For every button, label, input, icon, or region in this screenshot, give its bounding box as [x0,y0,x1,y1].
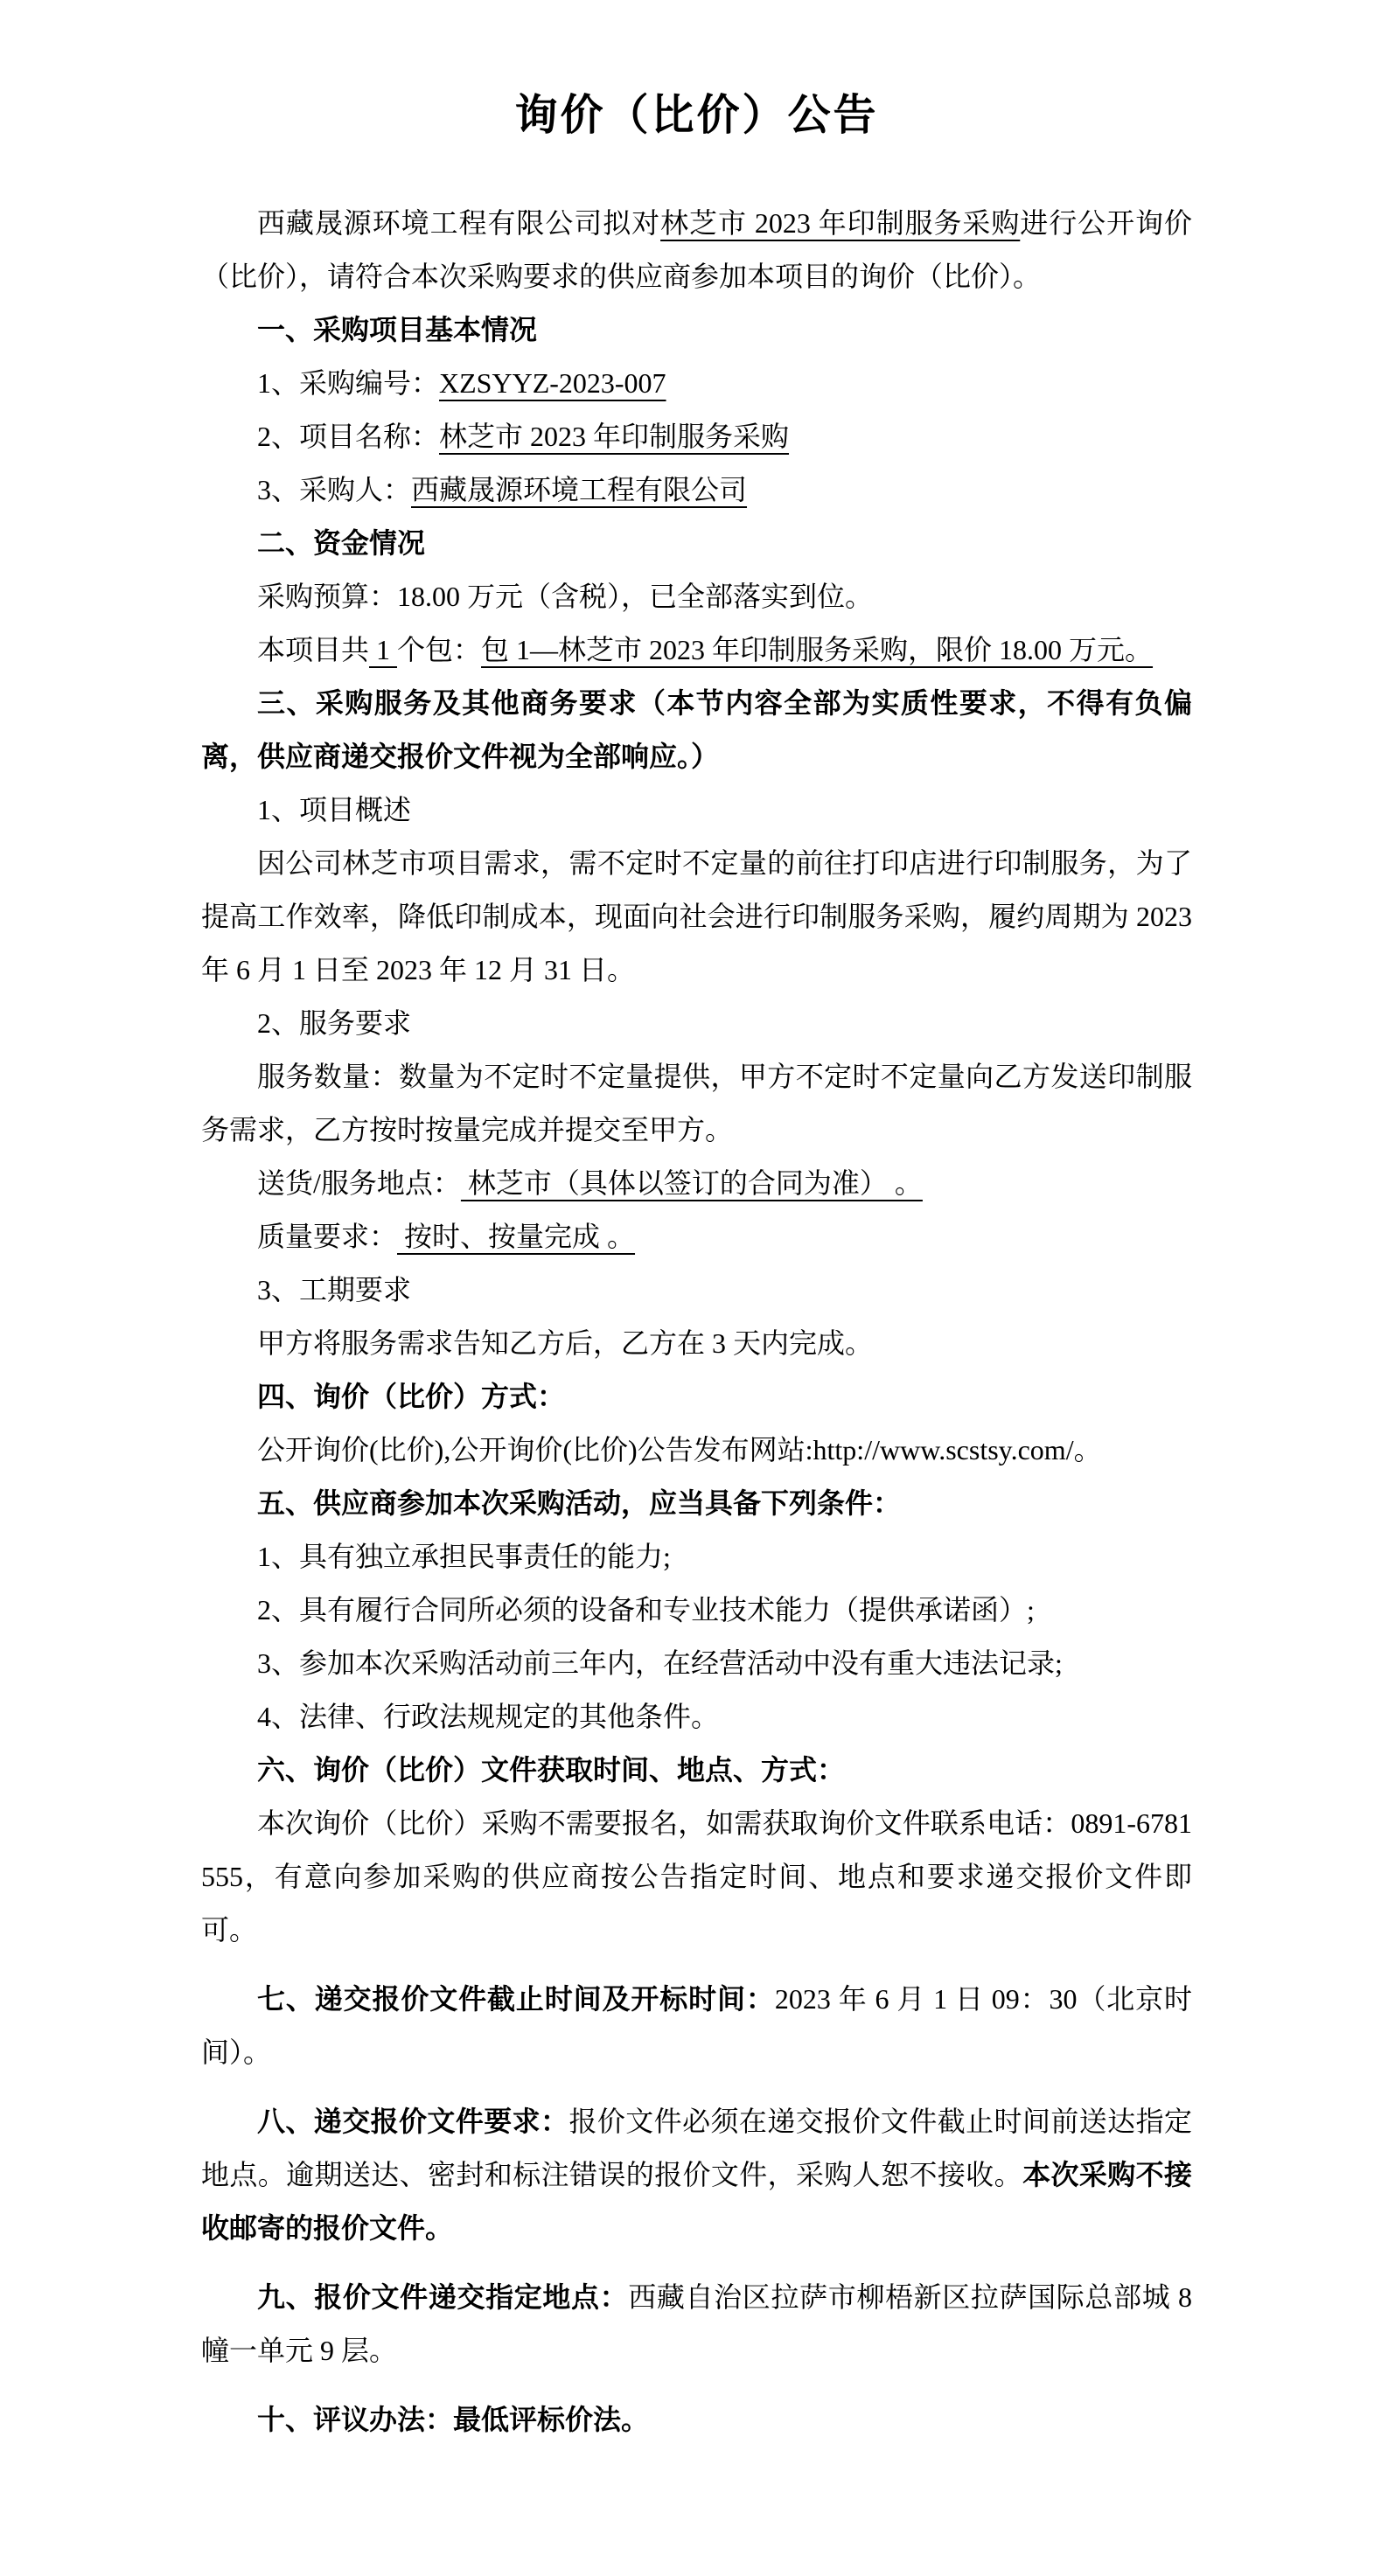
section-6-heading: 六、询价（比价）文件获取时间、地点、方式： [201,1744,1192,1797]
text-run: 个包： [397,634,481,665]
text-run: 七、递交报价文件截止时间及开标时间： [257,1983,775,2015]
text-run: 六、询价（比价）文件获取时间、地点、方式： [257,1754,845,1786]
text-run-underlined: 林芝市 2023 年印制服务采购 [439,421,789,452]
section-2-heading: 二、资金情况 [201,517,1192,570]
text-run: 因公司林芝市项目需求，需不定时不定量的前往打印店进行印制服务，为了提高工作效率，… [201,847,1192,985]
document-acquisition-paragraph: 本次询价（比价）采购不需要报名，如需获取询价文件联系电话：0891-678155… [201,1797,1192,1957]
text-run-underlined: 1 [369,634,397,665]
text-run: 甲方将服务需求告知乙方后，乙方在 3 天内完成。 [257,1327,873,1359]
text-run: 本次询价（比价）采购不需要报名，如需获取询价文件联系电话：0891-678155… [201,1807,1192,1946]
text-run: 十、评议办法：最低评标价法。 [257,2404,649,2435]
text-run-underlined: 林芝市 2023 年印制服务采购 [660,207,1020,239]
text-run: 四、询价（比价）方式： [257,1381,565,1412]
text-run: 1、项目概述 [257,794,411,825]
intro-paragraph: 西藏晟源环境工程有限公司拟对林芝市 2023 年印制服务采购进行公开询价（比价）… [201,197,1192,303]
text-run: 质量要求： [257,1221,397,1252]
section-7-paragraph: 七、递交报价文件截止时间及开标时间：2023 年 6 月 1 日 09：30（北… [201,1973,1192,2079]
supplier-condition-3: 3、参加本次采购活动前三年内，在经营活动中没有重大违法记录; [201,1637,1192,1690]
text-run: 西藏晟源环境工程有限公司拟对 [257,207,660,239]
text-run-underlined: 林芝市（具体以签订的合同为准） 。 [461,1167,923,1199]
text-run: 服务数量：数量为不定时不定量提供，甲方不定时不定量向乙方发送印制服务需求，乙方按… [201,1061,1192,1145]
overview-paragraph: 因公司林芝市项目需求，需不定时不定量的前往打印店进行印制服务，为了提高工作效率，… [201,837,1192,997]
announcement-page: 询价（比价）公告 西藏晟源环境工程有限公司拟对林芝市 2023 年印制服务采购进… [0,0,1388,2576]
budget-paragraph: 采购预算：18.00 万元（含税），已全部落实到位。 [201,570,1192,623]
delivery-location-paragraph: 送货/服务地点： 林芝市（具体以签订的合同为准） 。 [201,1157,1192,1210]
text-run: 1、采购编号： [257,367,439,399]
text-run: 3、工期要求 [257,1274,411,1305]
section-5-heading: 五、供应商参加本次采购活动，应当具备下列条件： [201,1477,1192,1530]
section-3-heading: 三、采购服务及其他商务要求（本节内容全部为实质性要求，不得有负偏离，供应商递交报… [201,677,1192,783]
announcement-body: 西藏晟源环境工程有限公司拟对林芝市 2023 年印制服务采购进行公开询价（比价）… [201,197,1192,2447]
text-run-underlined: 西藏晟源环境工程有限公司 [411,474,747,505]
text-run: 五、供应商参加本次采购活动，应当具备下列条件： [257,1487,901,1519]
item-purchaser: 3、采购人：西藏晟源环境工程有限公司 [201,463,1192,517]
supplier-condition-1: 1、具有独立承担民事责任的能力; [201,1530,1192,1584]
quality-requirement-paragraph: 质量要求： 按时、按量完成 。 [201,1210,1192,1264]
supplier-condition-2: 2、具有履行合同所必须的设备和专业技术能力（提供承诺函）; [201,1584,1192,1637]
text-run: 2、项目名称： [257,421,439,452]
text-run: 1、具有独立承担民事责任的能力; [257,1541,671,1572]
inquiry-method-paragraph: 公开询价(比价),公开询价(比价)公告发布网站:http://www.scsts… [201,1424,1192,1477]
text-run: 2、具有履行合同所必须的设备和专业技术能力（提供承诺函）; [257,1594,1035,1626]
section-4-heading: 四、询价（比价）方式： [201,1370,1192,1424]
text-run-underlined: 按时、按量完成 。 [397,1221,635,1252]
text-run: 2、服务要求 [257,1007,411,1039]
text-run: 八、递交报价文件要求： [257,2106,568,2137]
section-10-paragraph: 十、评议办法：最低评标价法。 [201,2393,1192,2447]
text-run: 公开询价(比价),公开询价(比价)公告发布网站:http://www.scsts… [257,1434,1102,1466]
text-run: 3、参加本次采购活动前三年内，在经营活动中没有重大违法记录; [257,1647,1063,1679]
section-8-paragraph: 八、递交报价文件要求：报价文件必须在递交报价文件截止时间前送达指定地点。逾期送达… [201,2095,1192,2255]
section-1-heading: 一、采购项目基本情况 [201,303,1192,357]
service-quantity-paragraph: 服务数量：数量为不定时不定量提供，甲方不定时不定量向乙方发送印制服务需求，乙方按… [201,1050,1192,1157]
text-run: 二、资金情况 [257,527,425,559]
text-run-underlined: 包 1—林芝市 2023 年印制服务采购，限价 18.00 万元。 [481,634,1153,665]
text-run-underlined: XZSYYZ-2023-007 [439,367,666,399]
text-run: 一、采购项目基本情况 [257,314,537,345]
item-schedule-requirements: 3、工期要求 [201,1264,1192,1317]
item-procurement-number: 1、采购编号：XZSYYZ-2023-007 [201,357,1192,410]
section-9-paragraph: 九、报价文件递交指定地点：西藏自治区拉萨市柳梧新区拉萨国际总部城 8 幢一单元 … [201,2271,1192,2378]
text-run: 送货/服务地点： [257,1167,461,1199]
text-run: 九、报价文件递交指定地点： [257,2281,628,2313]
item-project-overview: 1、项目概述 [201,783,1192,837]
package-paragraph: 本项目共 1 个包：包 1—林芝市 2023 年印制服务采购，限价 18.00 … [201,623,1192,677]
text-run: 三、采购服务及其他商务要求（本节内容全部为实质性要求，不得有负偏离，供应商递交报… [201,687,1192,772]
item-service-requirements: 2、服务要求 [201,997,1192,1050]
text-run: 采购预算：18.00 万元（含税），已全部落实到位。 [257,581,873,612]
item-project-name: 2、项目名称：林芝市 2023 年印制服务采购 [201,410,1192,463]
text-run: 本项目共 [257,634,369,665]
text-run: 3、采购人： [257,474,411,505]
schedule-paragraph: 甲方将服务需求告知乙方后，乙方在 3 天内完成。 [201,1317,1192,1370]
text-run: 4、法律、行政法规规定的其他条件。 [257,1701,719,1732]
page-title: 询价（比价）公告 [201,86,1192,146]
supplier-condition-4: 4、法律、行政法规规定的其他条件。 [201,1690,1192,1744]
